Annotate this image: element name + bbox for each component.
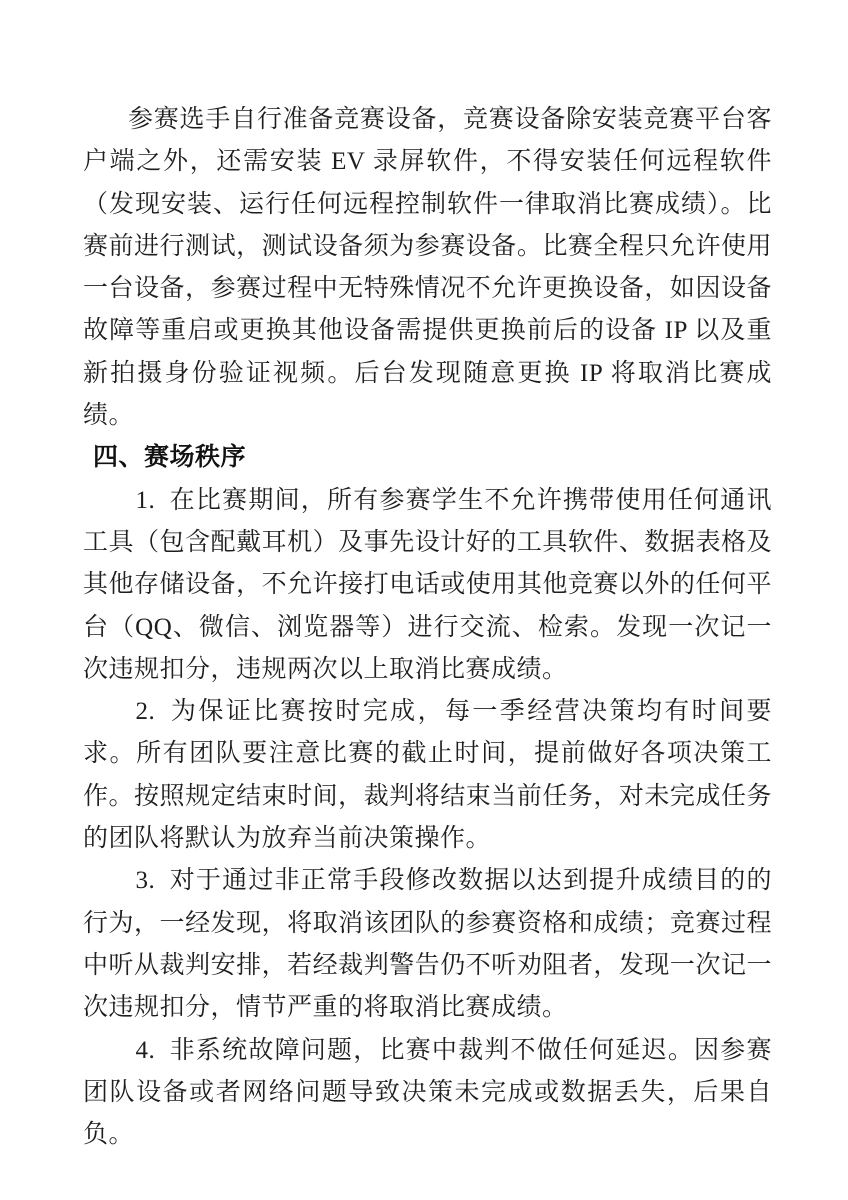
rule-number-3: 3. <box>136 867 156 894</box>
rule-text-1: 在比赛期间，所有参赛学生不允许携带使用任何通讯工具（包含配戴耳机）及事先设计好的… <box>83 487 772 683</box>
rule-item-4: 4.非系统故障问题，比赛中裁判不做任何延迟。因参赛团队设备或者网络问题导致决策未… <box>83 1030 772 1157</box>
rule-text-2: 为保证比赛按时完成，每一季经营决策均有时间要求。所有团队要注意比赛的截止时间，提… <box>83 698 772 852</box>
document-page: 参赛选手自行准备竞赛设备，竞赛设备除安装竞赛平台客户端之外，还需安装 EV 录屏… <box>0 0 848 1200</box>
rule-item-3: 3.对于通过非正常手段修改数据以达到提升成绩目的的行为，一经发现，将取消该团队的… <box>83 860 772 1029</box>
rule-item-2: 2.为保证比赛按时完成，每一季经营决策均有时间要求。所有团队要注意比赛的截止时间… <box>83 691 772 860</box>
rule-item-1: 1.在比赛期间，所有参赛学生不允许携带使用任何通讯工具（包含配戴耳机）及事先设计… <box>83 480 772 691</box>
rule-number-4: 4. <box>136 1037 156 1064</box>
intro-paragraph: 参赛选手自行准备竞赛设备，竞赛设备除安装竞赛平台客户端之外，还需安装 EV 录屏… <box>83 99 772 437</box>
rule-number-1: 1. <box>136 487 156 514</box>
section-heading-venue-order: 四、赛场秩序 <box>83 437 772 479</box>
rule-text-4: 非系统故障问题，比赛中裁判不做任何延迟。因参赛团队设备或者网络问题导致决策未完成… <box>83 1037 772 1149</box>
rule-text-3: 对于通过非正常手段修改数据以达到提升成绩目的的行为，一经发现，将取消该团队的参赛… <box>83 867 772 1021</box>
rule-number-2: 2. <box>136 698 156 725</box>
